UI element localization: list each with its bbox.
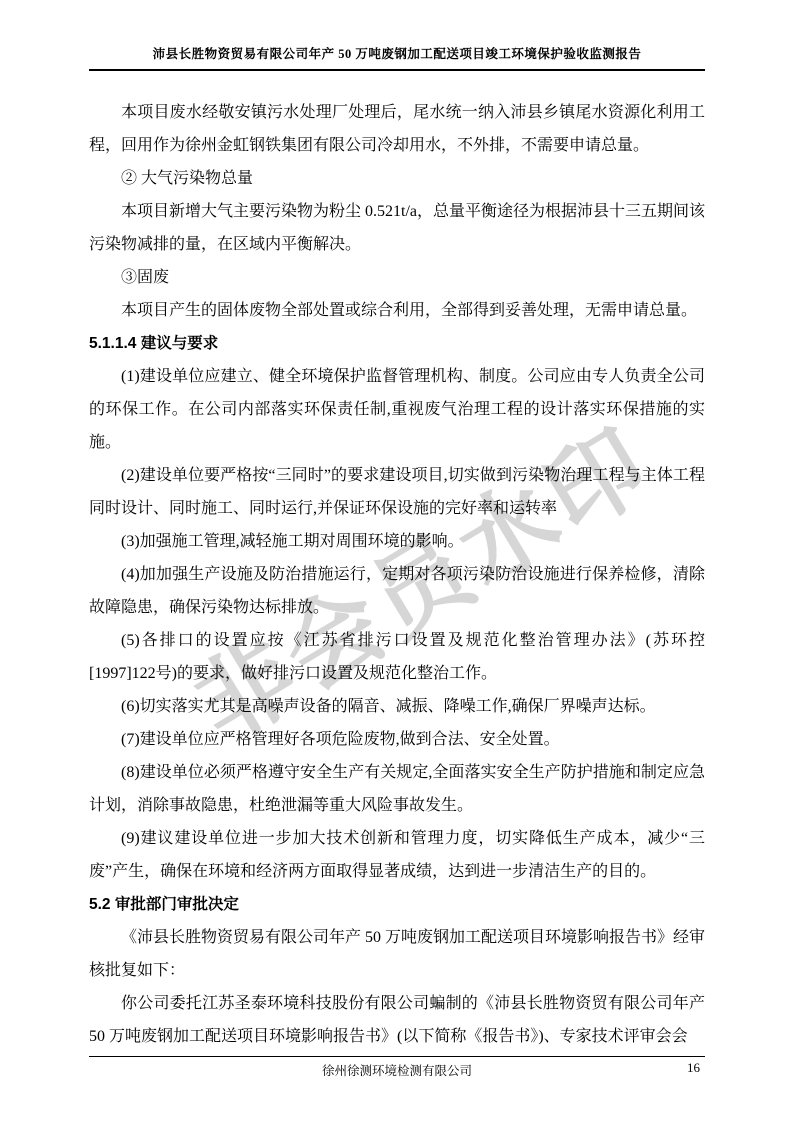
paragraph: 《沛县长胜物资贸易有限公司年产 50 万吨废钢加工配送项目环境影响报告书》经审核…	[89, 921, 705, 987]
paragraph: (3)加强施工管理,减轻施工期对周围环境的影响。	[89, 525, 705, 558]
paragraph: 你公司委托江苏圣泰环境科技股份有限公司蝙制的《沛县长胜物资贸有限公司年产 50 …	[89, 987, 705, 1053]
paragraph: (8)建设单位必须严格遵守安全生产有关规定,全面落实安全生产防护措施和制定应急计…	[89, 756, 705, 822]
footer-divider	[89, 1056, 705, 1057]
paragraph: 本项目废水经敬安镇污水处理厂处理后，尾水统一纳入沛县乡镇尾水资源化利用工程，回用…	[89, 96, 705, 162]
paragraph: (5)各排口的设置应按《江苏省排污口设置及规范化整治管理办法》(苏环控[1997…	[89, 624, 705, 690]
section-heading: 5.1.1.4 建议与要求	[89, 327, 705, 360]
page-number: 16	[687, 1060, 700, 1076]
paragraph: 本项目新增大气主要污染物为粉尘 0.521t/a，总量平衡途径为根据沛县十三五期…	[89, 195, 705, 261]
paragraph: 本项目产生的固体废物全部处置或综合利用，全部得到妥善处理，无需申请总量。	[89, 294, 705, 327]
document-body: 本项目废水经敬安镇污水处理厂处理后，尾水统一纳入沛县乡镇尾水资源化利用工程，回用…	[89, 96, 705, 1053]
footer-company-name: 徐州徐测环境检测有限公司	[89, 1061, 705, 1079]
paragraph: (2)建设单位要严格按“三同时”的要求建设项目,切实做到污染物治理工程与主体工程…	[89, 459, 705, 525]
document-page: 非会员水印 沛县长胜物资贸易有限公司年产 50 万吨废钢加工配送项目竣工环境保护…	[0, 0, 793, 1122]
paragraph: ③固废	[89, 261, 705, 294]
paragraph: (7)建设单位应严格管理好各项危险废物,做到合法、安全处置。	[89, 723, 705, 756]
section-heading: 5.2 审批部门审批决定	[89, 888, 705, 921]
paragraph: ② 大气污染物总量	[89, 162, 705, 195]
paragraph: (9)建议建设单位进一步加大技术创新和管理力度，切实降低生产成本，减少“三废”产…	[89, 822, 705, 888]
page-header-title: 沛县长胜物资贸易有限公司年产 50 万吨废钢加工配送项目竣工环境保护验收监测报告	[89, 44, 705, 71]
paragraph: (1)建设单位应建立、健全环境保护监督管理机构、制度。公司应由专人负责全公司的环…	[89, 360, 705, 459]
paragraph: (4)加加强生产设施及防治措施运行，定期对各项污染防治设施进行保养检修，清除故障…	[89, 558, 705, 624]
paragraph: (6)切实落实尤其是高噪声设备的隔音、减振、降噪工作,确保厂界噪声达标。	[89, 690, 705, 723]
